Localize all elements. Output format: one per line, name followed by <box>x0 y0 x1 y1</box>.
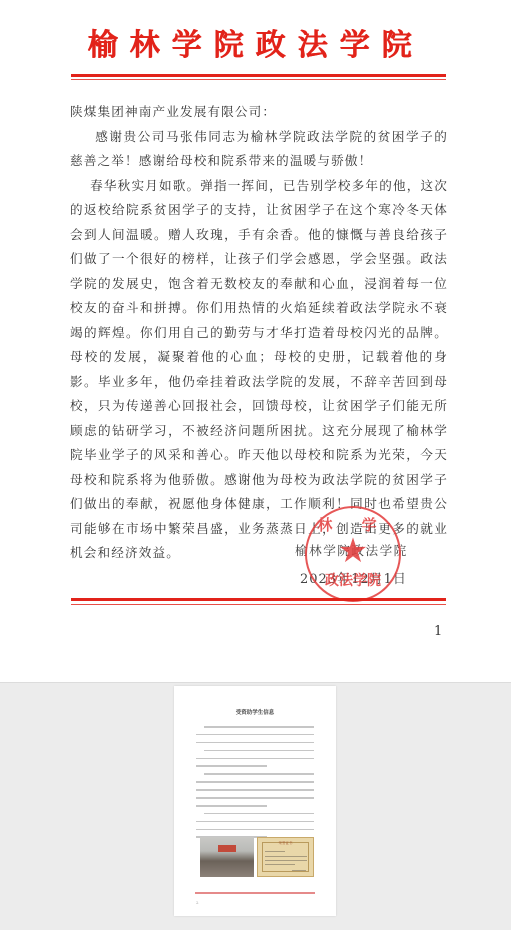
page2-page-number: 2 <box>196 900 199 905</box>
header-divider-thin <box>71 79 446 80</box>
recipient-line: 陕煤集团神南产业发展有限公司： <box>70 100 448 125</box>
letterhead-title: 榆林学院政法学院 <box>0 26 511 66</box>
page-number: 1 <box>434 624 442 639</box>
star-icon: ★ <box>307 534 399 568</box>
page2-title: 受资助学生信息 <box>174 708 336 716</box>
page2-text-block <box>196 726 314 844</box>
certificate-image: 荣誉证书 <box>257 837 314 877</box>
document-page-1: 榆林学院政法学院 陕煤集团神南产业发展有限公司： 感谢贵公司马张伟同志为榆林学院… <box>0 0 511 683</box>
header-divider-thick <box>71 74 446 77</box>
seal-bottom-text: 政法学院 <box>307 570 399 590</box>
page2-footer-divider <box>195 892 315 894</box>
letter-body: 陕煤集团神南产业发展有限公司： 感谢贵公司马张伟同志为榆林学院政法学院的贫困学子… <box>70 100 448 566</box>
certificate-title: 荣誉证书 <box>258 841 313 846</box>
footer-divider-thick <box>71 598 446 601</box>
footer-divider-thin <box>71 604 446 605</box>
official-seal: 林 学 ★ 政法学院 <box>305 506 401 602</box>
group-photo-image <box>200 837 254 877</box>
document-page-2-thumbnail[interactable]: 受资助学生信息 <box>174 686 336 916</box>
paragraph-2: 春华秋实月如歌。弹指一挥间，已告别学校多年的他，这次的返校给院系贫困学子的支持，… <box>70 174 448 566</box>
paragraph-1: 感谢贵公司马张伟同志为榆林学院政法学院的贫困学子的慈善之举！感谢给母校和院系带来… <box>70 125 448 174</box>
